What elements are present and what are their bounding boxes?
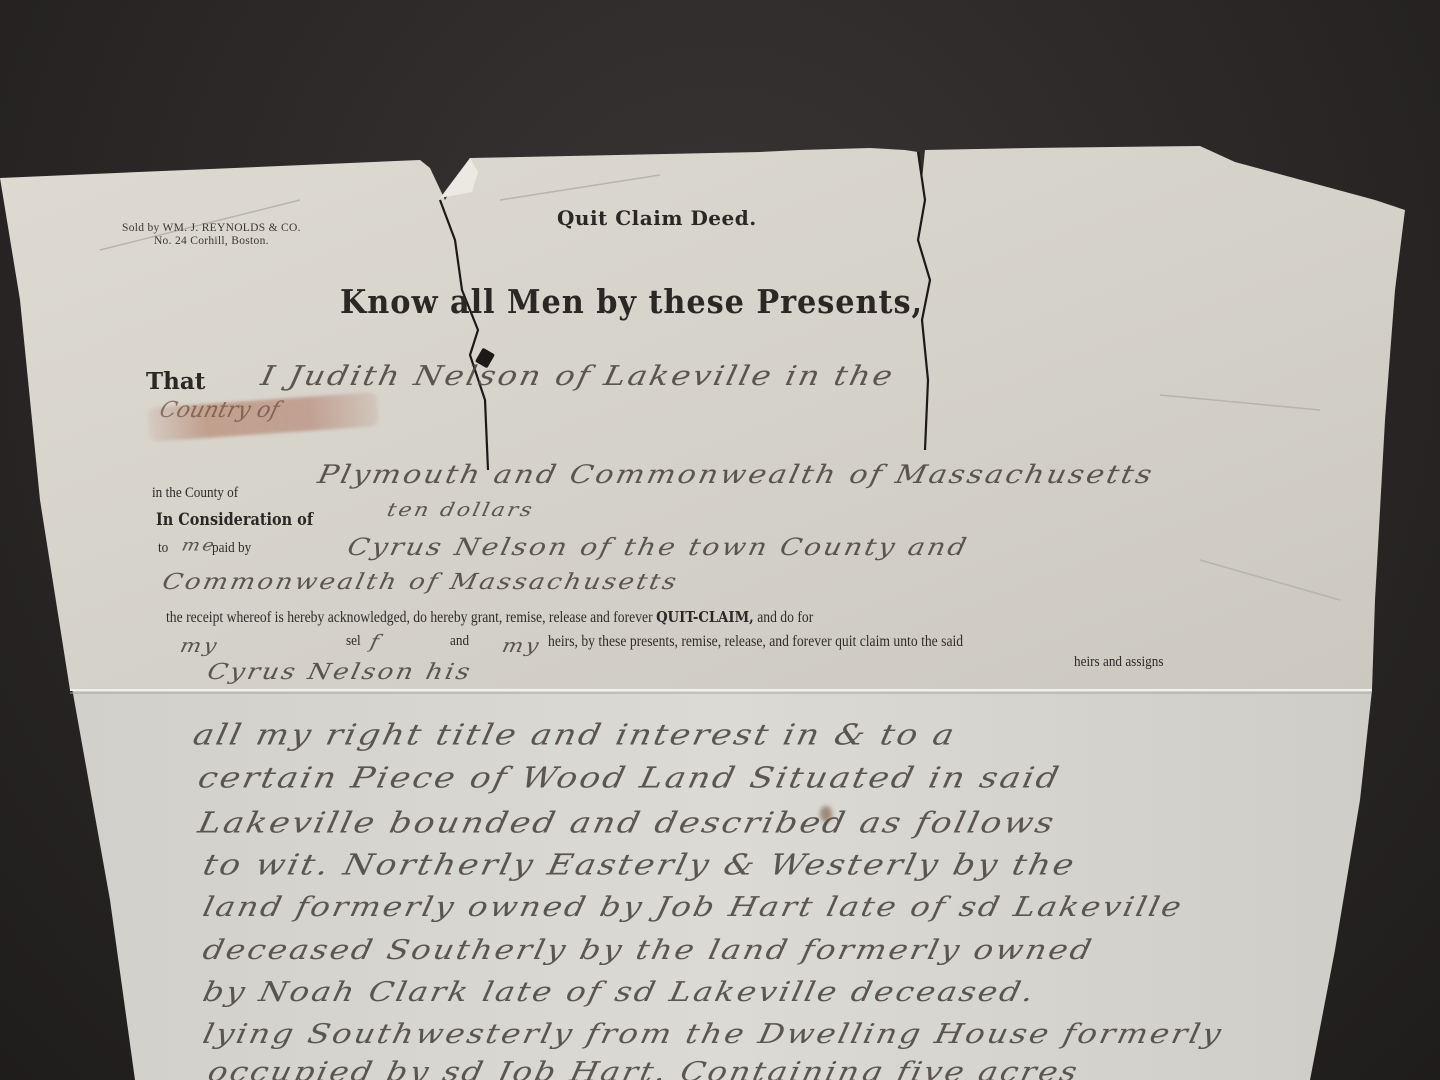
body-line-6: deceased Southerly by the land formerly … — [200, 934, 1097, 966]
body-line-8: lying Southwesterly from the Dwelling Ho… — [200, 1018, 1226, 1050]
headline: Know all Men by these Presents, — [340, 282, 923, 321]
that-label: That — [146, 368, 205, 395]
receipt-text: the receipt whereof is hereby acknowledg… — [166, 608, 813, 627]
body-line-5: land formerly owned by Job Hart late of … — [200, 891, 1187, 923]
body-line-9: occupied by sd Job Hart. Containing five… — [205, 1056, 1083, 1080]
county-handwritten: Plymouth and Commonwealth of Massachuset… — [315, 460, 1157, 490]
to-label: to — [158, 540, 168, 557]
consideration-label: In Consideration of — [156, 510, 313, 530]
grantee-handwritten: Cyrus Nelson his — [205, 660, 475, 686]
my-handwritten-2: my — [500, 636, 543, 657]
paid-by-handwritten: Cyrus Nelson of the town County and — [345, 533, 971, 561]
ink-stain — [820, 806, 832, 822]
county-label: in the County of — [152, 485, 238, 502]
receipt-body: the receipt whereof is hereby acknowledg… — [166, 609, 653, 626]
quitclaim-bold: QUIT-CLAIM, — [656, 608, 754, 626]
and-label: and — [450, 633, 469, 650]
grantor-handwritten: I Judith Nelson of Lakeville in the — [258, 360, 898, 392]
dark-frame-background: Sold by WM. J. REYNOLDS & CO. No. 24 Cor… — [0, 0, 1440, 1080]
heirs-assigns: heirs and assigns — [1074, 654, 1163, 671]
body-line-3: Lakeville bounded and described as follo… — [195, 806, 1059, 840]
heirs-text: heirs, by these presents, remise, releas… — [548, 633, 963, 651]
paid-by-handwritten-2: Commonwealth of Massachusetts — [160, 570, 681, 596]
body-line-2: certain Piece of Wood Land Situated in s… — [195, 761, 1064, 795]
seller-address: No. 24 Corhill, Boston. — [122, 235, 301, 248]
self-label: sel — [346, 633, 361, 650]
consideration-handwritten: ten dollars — [385, 500, 536, 521]
body-line-7: by Noah Clark late of sd Lakeville decea… — [200, 976, 1039, 1008]
paid-by-label: paid by — [212, 540, 251, 557]
and-do-for: and do for — [757, 609, 813, 626]
body-line-1: all my right title and interest in & to … — [190, 718, 960, 752]
seller-name: Sold by WM. J. REYNOLDS & CO. — [122, 222, 301, 235]
seller-imprint: Sold by WM. J. REYNOLDS & CO. No. 24 Cor… — [122, 222, 301, 248]
deed-title: Quit Claim Deed. — [557, 206, 757, 230]
body-line-4: to wit. Northerly Easterly & Westerly by… — [200, 848, 1079, 882]
my-handwritten-1: my — [178, 636, 221, 657]
struck-out-text: Country of — [157, 398, 282, 423]
